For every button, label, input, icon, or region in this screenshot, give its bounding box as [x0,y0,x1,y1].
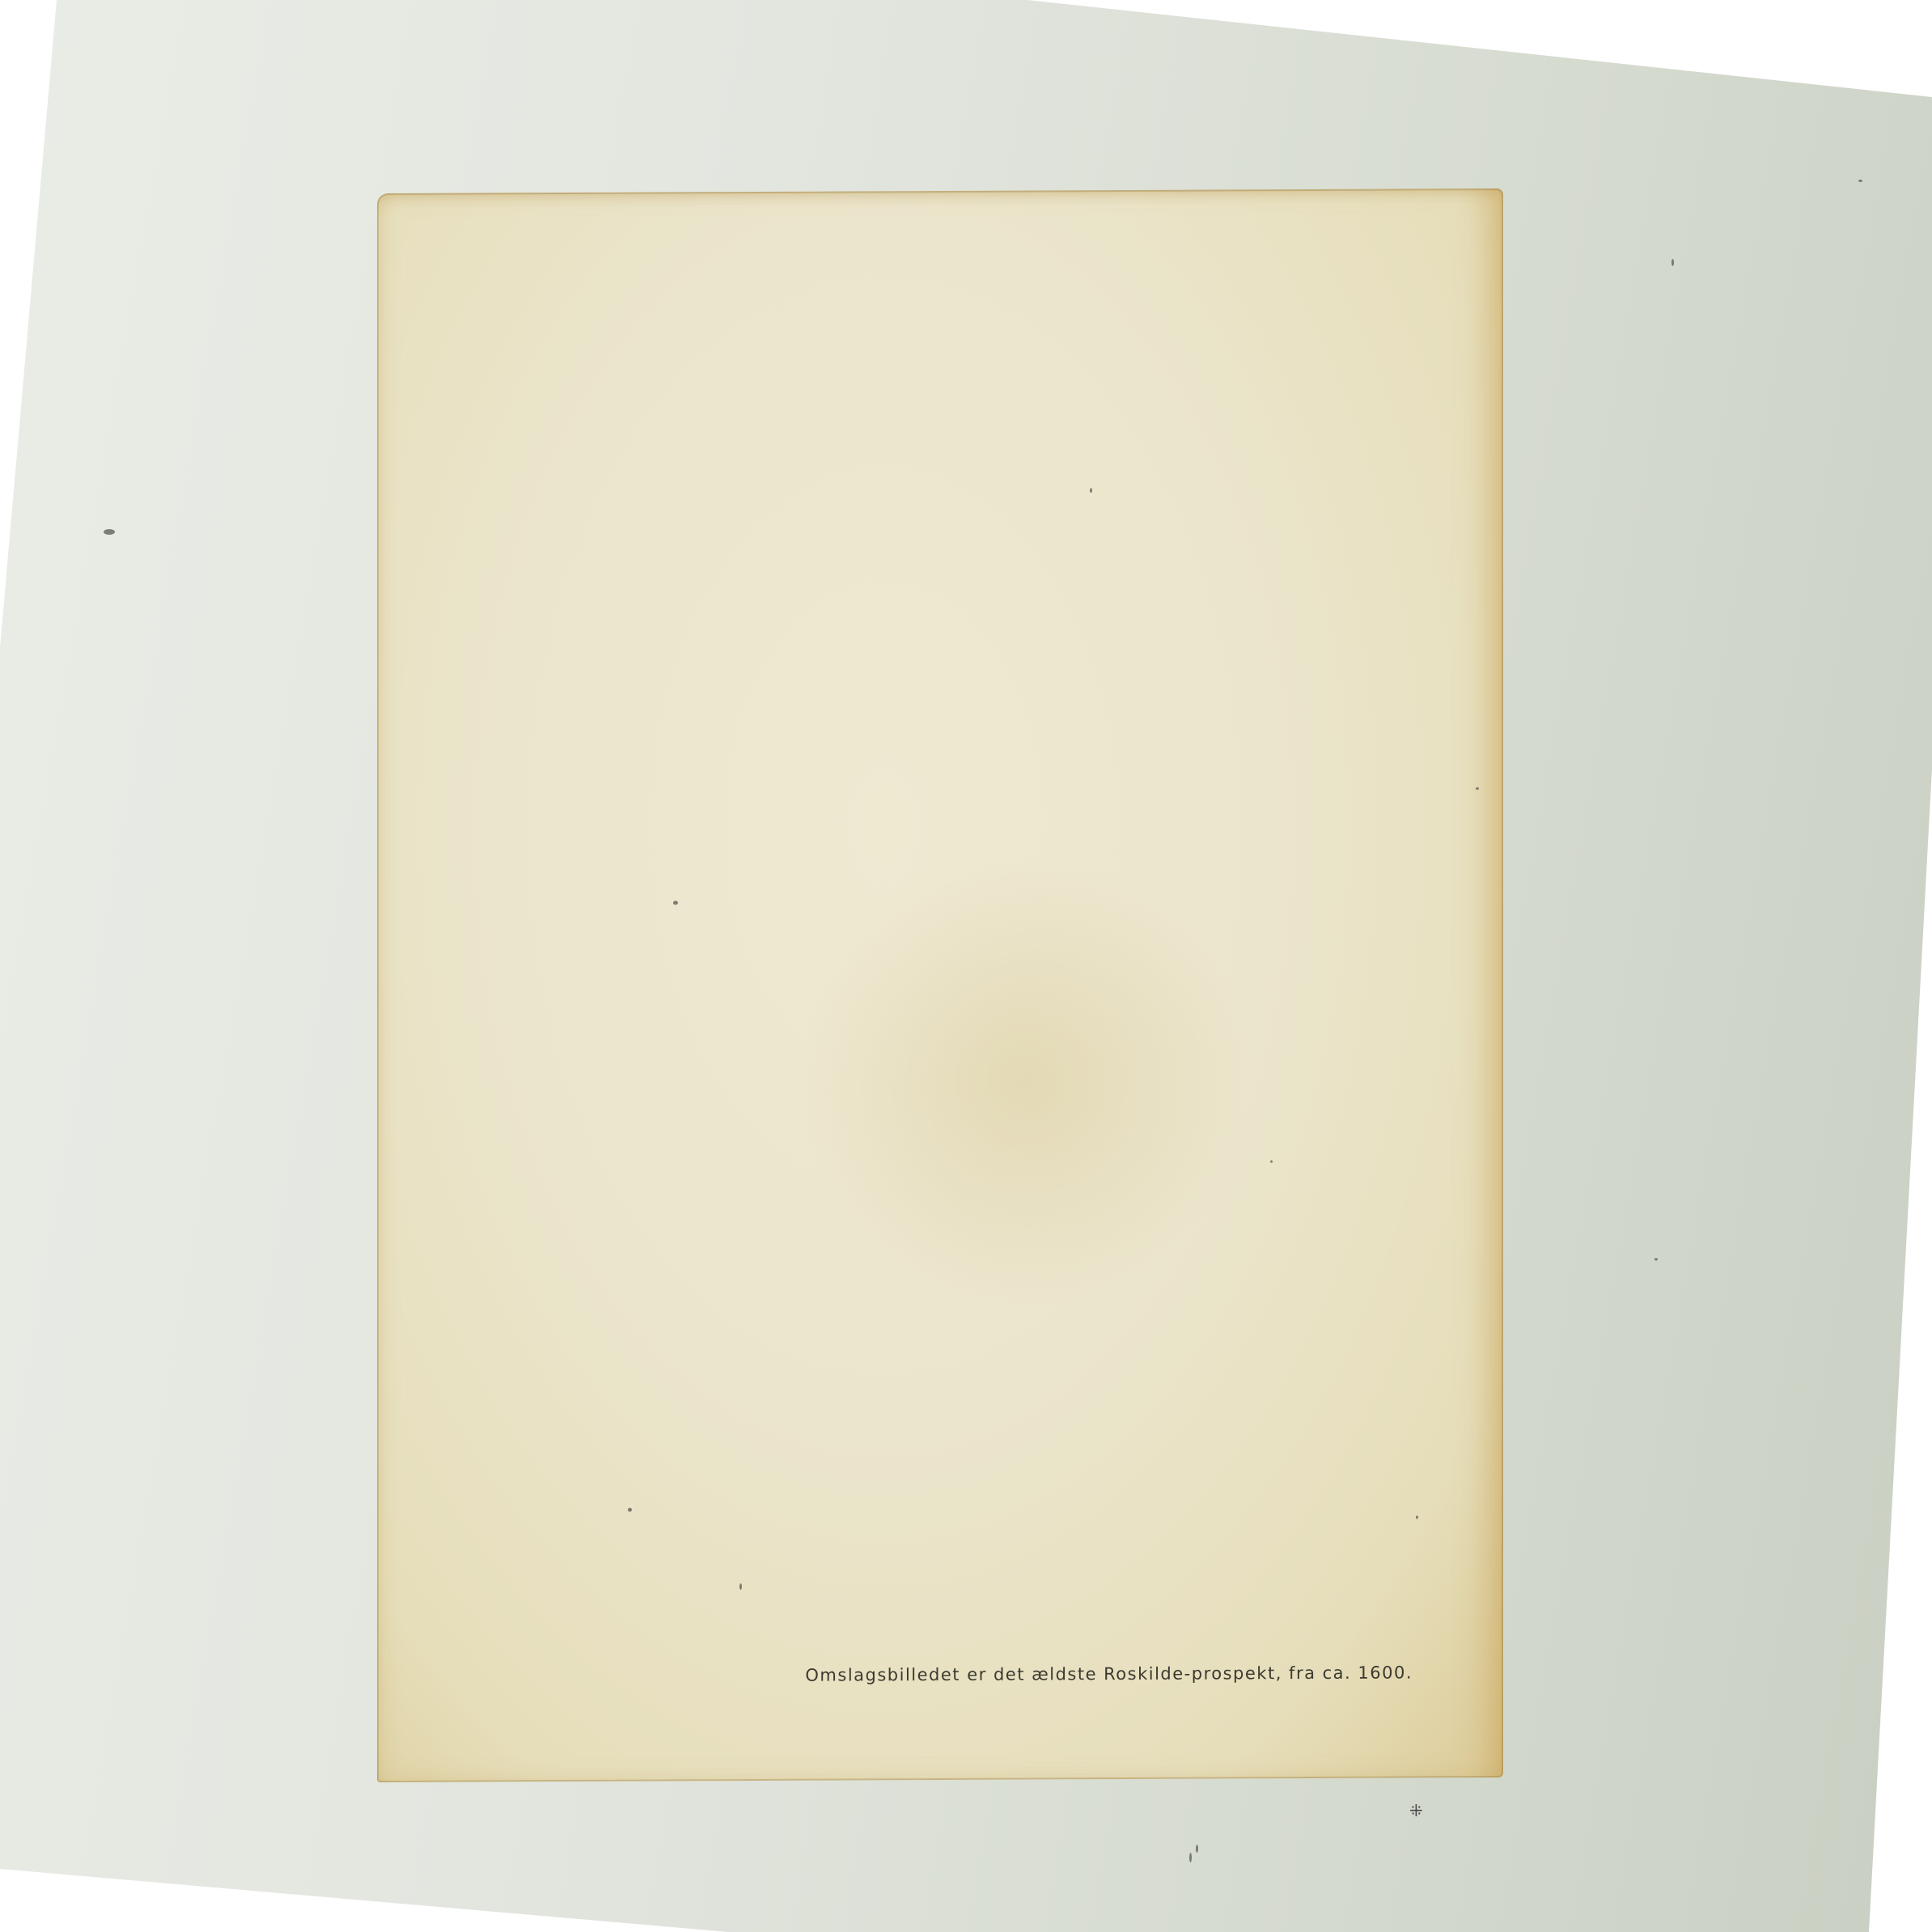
cover-stain [798,853,1251,1307]
book-back-cover: Omslagsbilledet er det ældste Roskilde-p… [377,189,1503,1782]
dust-speck [673,900,678,905]
dust-speck [1858,180,1862,182]
dust-speck [1671,259,1674,266]
dust-speck [739,1583,742,1590]
dust-speck [1090,488,1092,493]
dust-speck [1270,1160,1273,1163]
dust-speck [1476,787,1479,790]
dust-speck [1416,1515,1418,1519]
dust-speck [1196,1845,1198,1853]
cover-caption: Omslagsbilledet er det ældste Roskilde-p… [805,1663,1413,1684]
dust-speck [1654,1258,1658,1260]
pencil-mark: ⁜ [1409,1801,1423,1820]
dust-speck [104,529,115,535]
dust-speck [1189,1853,1192,1862]
dust-speck [628,1508,632,1512]
